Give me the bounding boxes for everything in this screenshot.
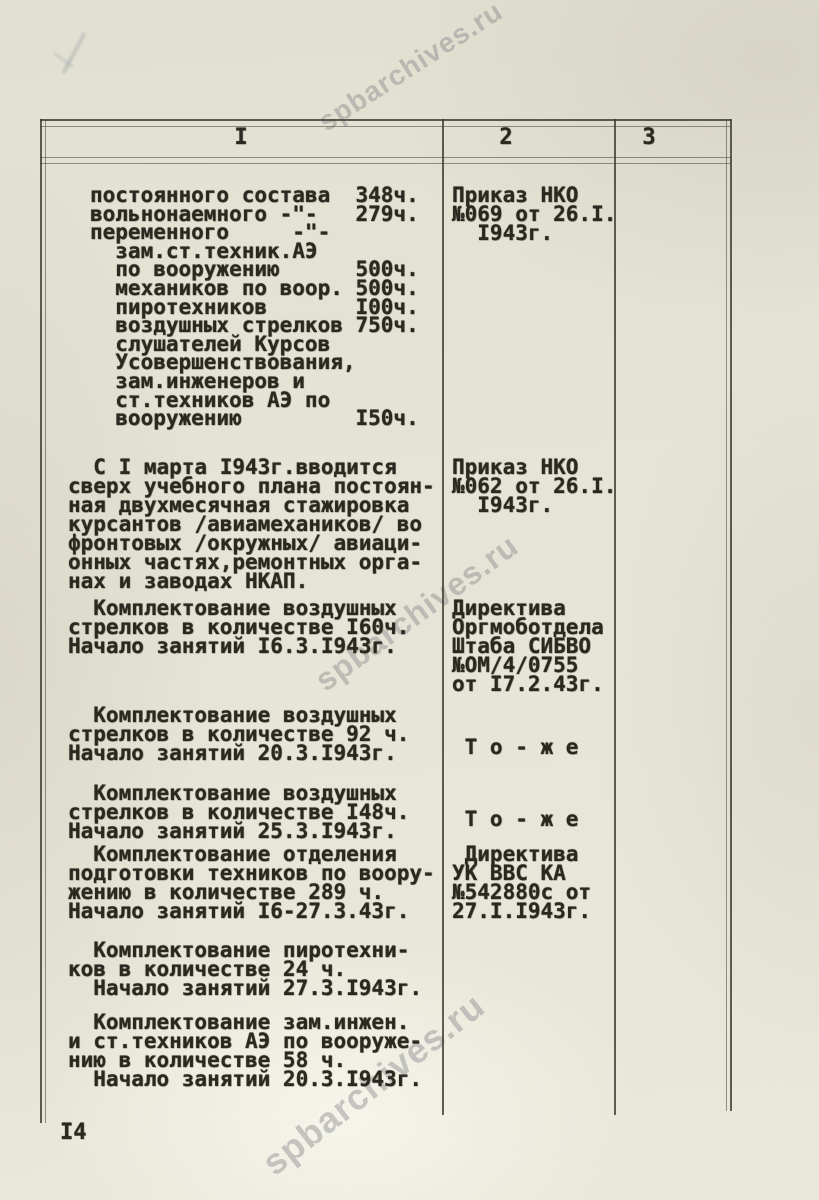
- cell-basis: Приказ НКО №069 от 26.I. I943г.: [452, 186, 616, 243]
- table-border-left: [40, 119, 42, 1123]
- header-underline-inner: [40, 163, 731, 164]
- cell-basis: Приказ НКО №062 от 26.I. I943г.: [452, 458, 616, 515]
- table-border-top-inner: [40, 126, 731, 127]
- cell-activity: Комплектование зам.инжен. и ст.техников …: [68, 1013, 422, 1089]
- table-border-right: [730, 119, 732, 1111]
- watermark-top: spbarchives.ru: [313, 0, 509, 138]
- column-header-3: 3: [614, 128, 684, 147]
- page-number: I4: [60, 1123, 87, 1142]
- cell-basis: Директива УК ВВС КА №542880с от 27.I.I94…: [452, 845, 591, 921]
- cell-activity: Комплектование пиротехни- ков в количест…: [68, 941, 422, 998]
- cell-basis: Директива Оргмоботдела Штаба СИБВО №ОМ/4…: [452, 599, 604, 694]
- column-header-2: 2: [442, 128, 570, 147]
- cell-activity: постоянного состава 348ч. вольнонаемного…: [90, 186, 419, 428]
- cell-basis: Т о - ж е: [452, 738, 578, 757]
- cell-activity: Комплектование воздушных стрелков в коли…: [68, 599, 409, 656]
- cell-activity: Комплектование воздушных стрелков в коли…: [68, 784, 409, 841]
- cell-activity: С I марта I943г.вводится сверх учебного …: [68, 458, 435, 591]
- cell-basis: Т о - ж е: [452, 810, 578, 829]
- table-border-left-inner: [45, 119, 46, 1123]
- cell-activity: Комплектование отделения подготовки техн…: [68, 845, 435, 921]
- table-border-right-inner: [726, 119, 727, 1111]
- column-header-1: I: [40, 128, 442, 147]
- table-border-top: [40, 119, 731, 121]
- cell-activity: Комплектование воздушных стрелков в коли…: [68, 706, 409, 763]
- pencil-mark: [61, 32, 86, 74]
- header-underline: [40, 157, 731, 158]
- column-divider-1: [442, 119, 444, 1115]
- document-page: spbarchives.ru spbarchives.ru spbarchive…: [0, 0, 819, 1200]
- column-divider-2: [614, 119, 616, 1115]
